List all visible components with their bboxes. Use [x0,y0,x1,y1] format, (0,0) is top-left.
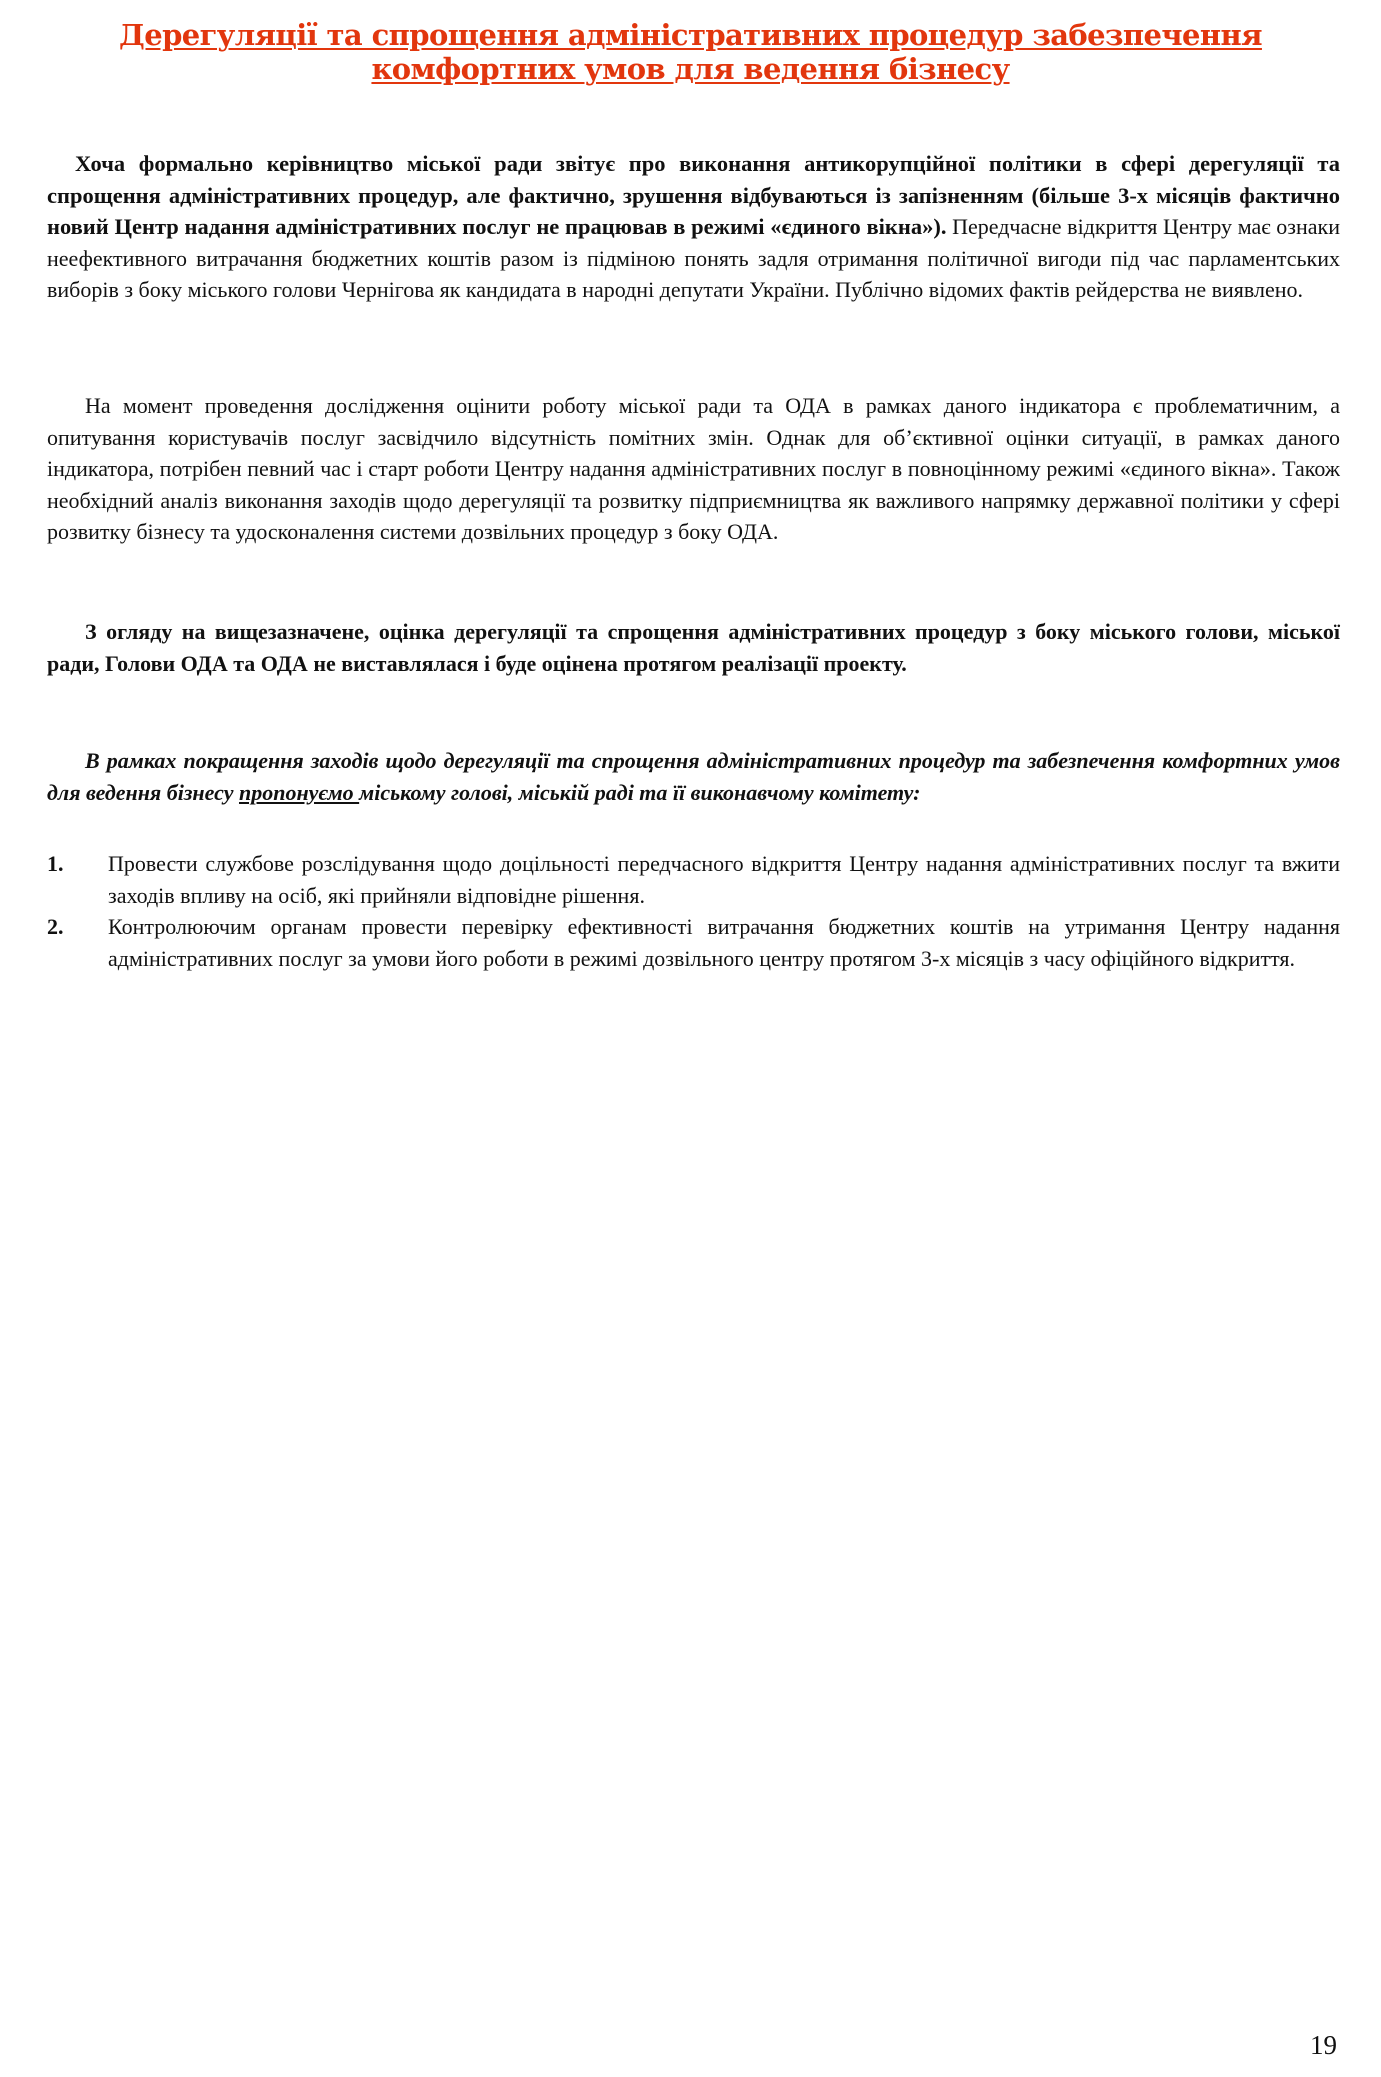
list-item-number: 2. [47,911,64,943]
paragraph-assessment: Хоча формально керівництво міської ради … [47,148,1340,306]
list-item: 1. Провести службове розслідування щодо … [47,848,1340,911]
section-title-line-1: Дерегуляції та спрощення адміністративни… [0,18,1381,52]
paragraph-recommendations-intro: В рамках покращення заходів щодо дерегул… [47,745,1340,808]
list-item-text: Контролюючим органам провести перевірку … [108,914,1340,971]
recommendations-intro-underlined: пропонуємо [239,780,359,805]
paragraph-research-note: На момент проведення дослідження оцінити… [47,390,1340,548]
section-title-line-2: комфортних умов для ведення бізнесу [0,52,1381,86]
list-item-number: 1. [47,848,64,880]
paragraph-conclusion: З огляду на вищезазначене, оцінка дерегу… [47,616,1340,679]
section-title: Дерегуляції та спрощення адміністративни… [0,18,1381,86]
page-number: 19 [1310,2030,1337,2061]
list-item-text: Провести службове розслідування щодо доц… [108,851,1340,908]
recommendations-intro-text-end: міському голові, міській раді та її вико… [359,780,920,805]
recommendations-list: 1. Провести службове розслідування щодо … [47,848,1340,974]
list-item: 2. Контролюючим органам провести перевір… [47,911,1340,974]
